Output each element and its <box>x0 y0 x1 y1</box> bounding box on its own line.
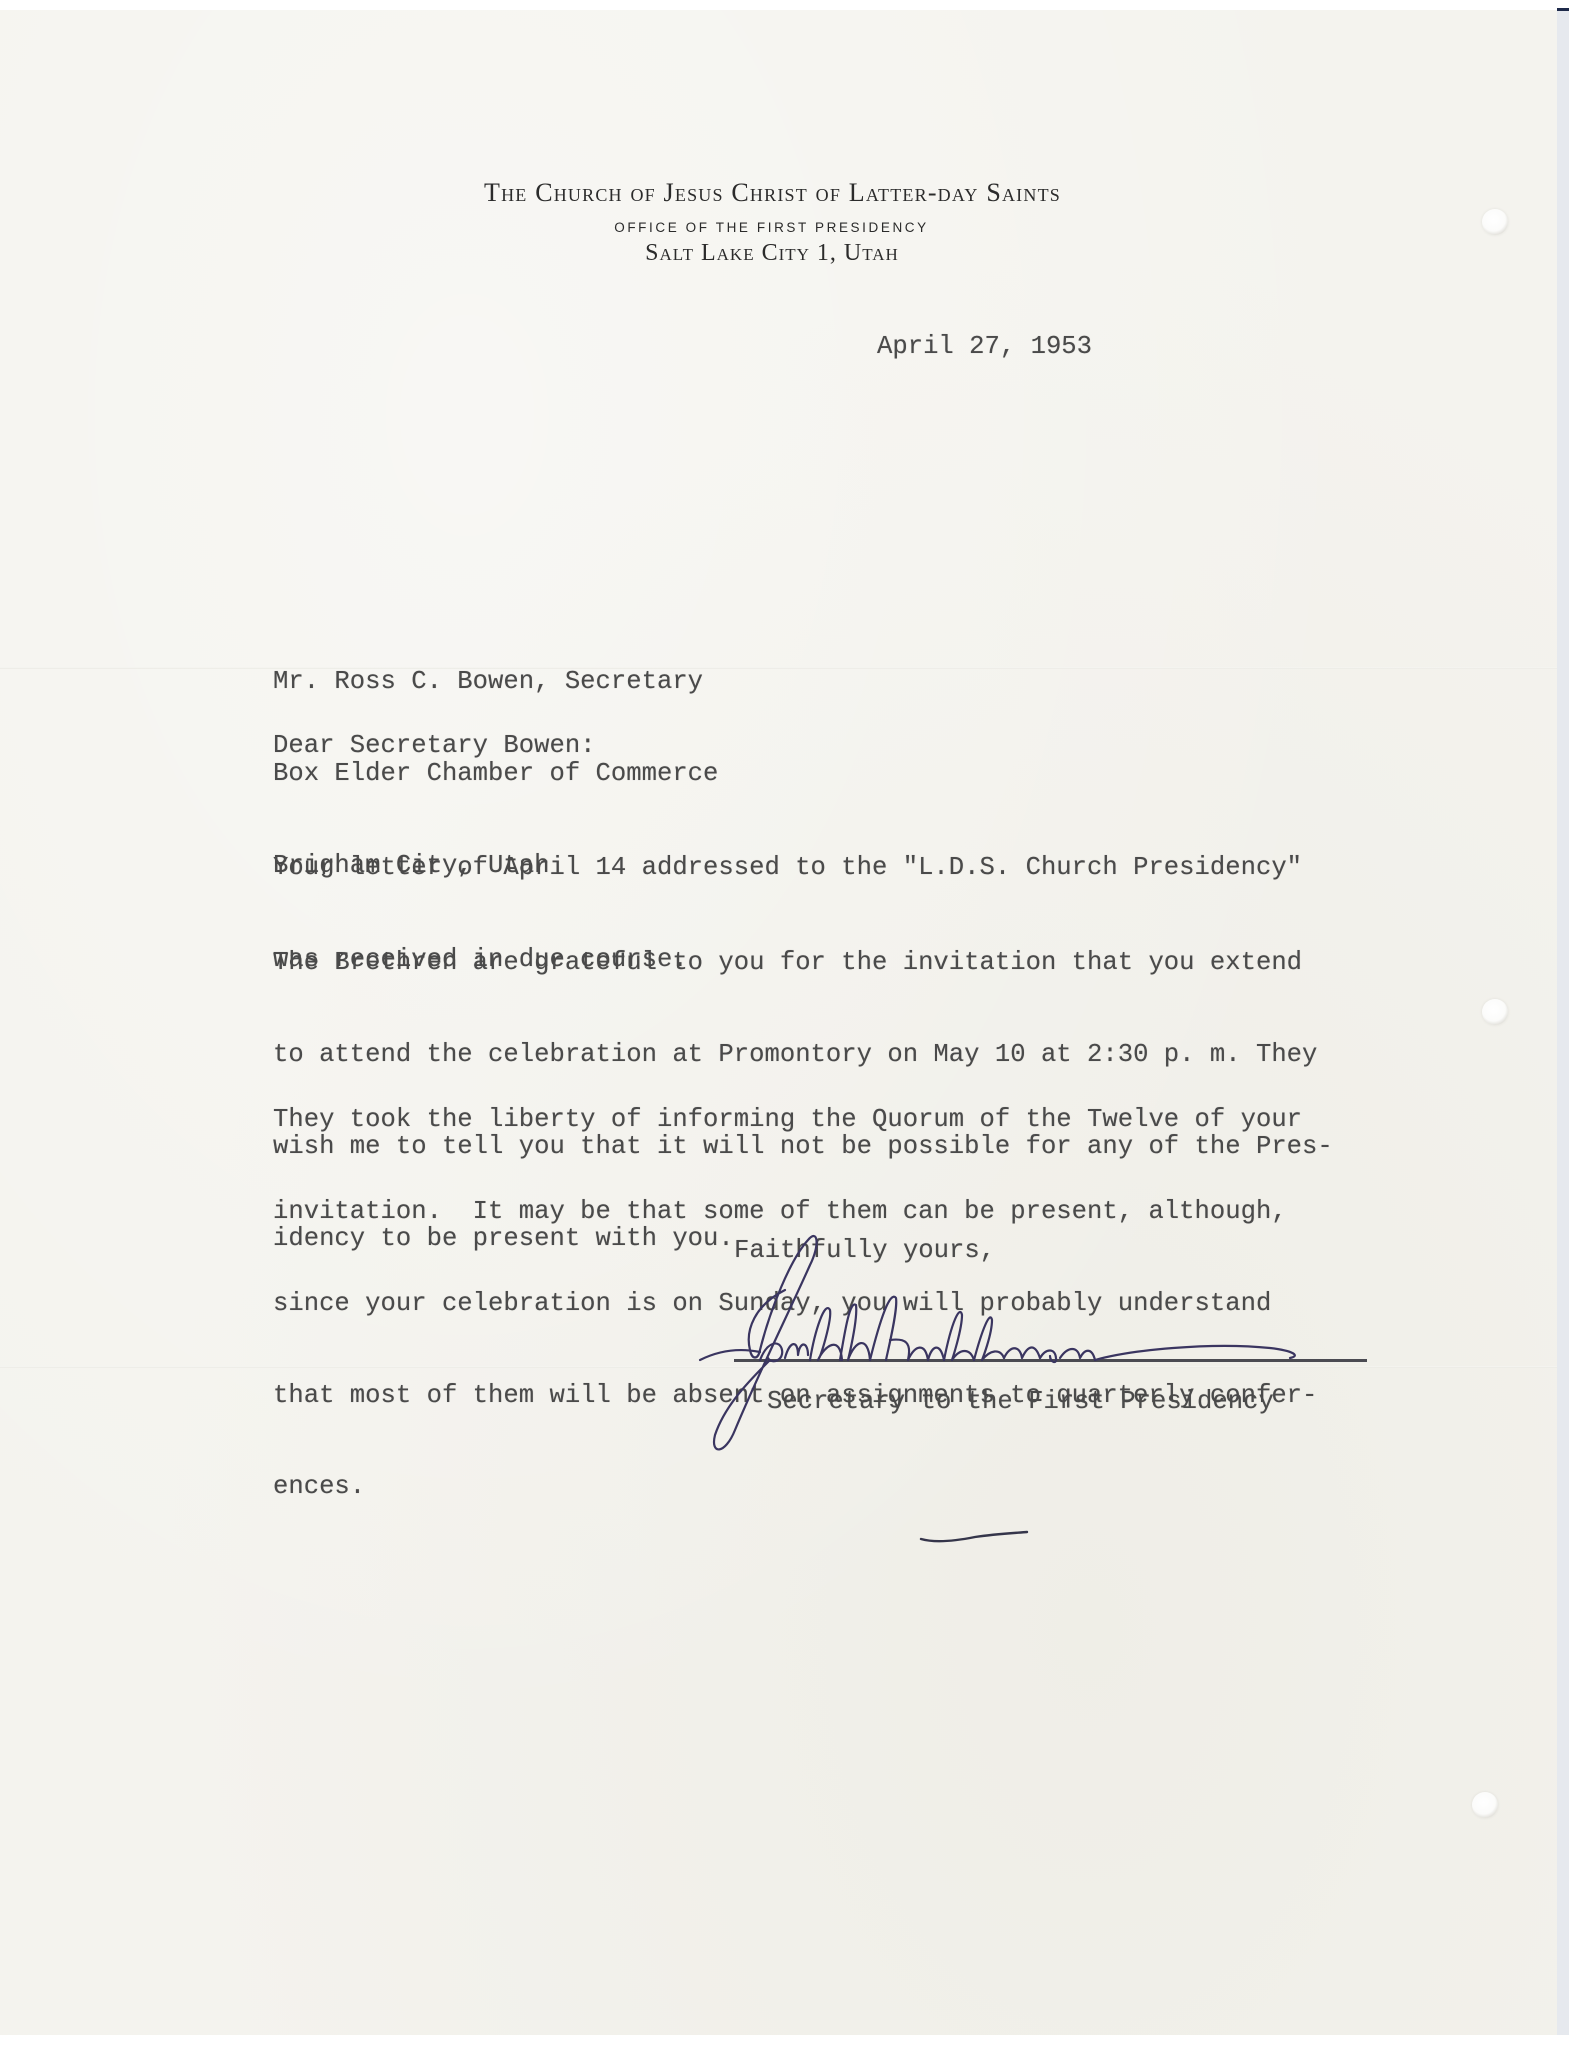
punch-hole-icon <box>1472 1792 1498 1818</box>
pen-mark-icon <box>915 1525 1035 1555</box>
punch-hole-icon <box>1482 999 1508 1025</box>
signature-icon <box>690 1210 1390 1460</box>
paragraph-line: Your letter of April 14 addressed to the… <box>273 853 1302 884</box>
letterhead-location: Salt Lake City 1, Utah <box>612 240 932 267</box>
paragraph-line: The Brethren are grateful to you for the… <box>273 948 1333 979</box>
address-line: Box Elder Chamber of Commerce <box>273 759 718 790</box>
letter-date: April 27, 1953 <box>877 332 1092 363</box>
punch-hole-icon <box>1482 209 1508 235</box>
scan-edge-mark <box>1557 8 1569 11</box>
letterhead-organization: The Church of Jesus Christ of Latter-day… <box>370 178 1175 208</box>
paragraph-line: They took the liberty of informing the Q… <box>273 1105 1317 1136</box>
scan-right-margin <box>1557 10 1569 2035</box>
address-line: Mr. Ross C. Bowen, Secretary <box>273 667 718 698</box>
salutation: Dear Secretary Bowen: <box>273 731 596 762</box>
paper-fold-upper <box>0 667 1557 669</box>
paragraph-line: ences. <box>273 1472 1317 1503</box>
scan-top-margin <box>0 0 1584 10</box>
letterhead-office: OFFICE OF THE FIRST PRESIDENCY <box>573 220 970 235</box>
signatory-title: Secretary to the First Presidency <box>767 1387 1274 1418</box>
